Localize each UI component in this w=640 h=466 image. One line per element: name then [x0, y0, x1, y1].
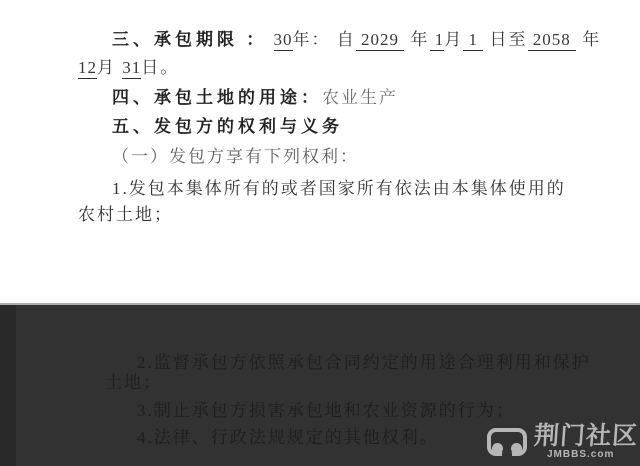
text-segment: 农业生产 [322, 88, 398, 107]
text-segment: 31 [122, 58, 141, 79]
text-segment: 年 [404, 30, 429, 49]
text-segment [267, 30, 273, 49]
text-segment: 1 [463, 30, 483, 51]
text-segment: 2029 [356, 30, 405, 51]
goggles-right-eye [511, 443, 522, 454]
text-line: 四、承包土地的用途：农业生产 [112, 88, 640, 108]
text-segment: 2.监督承包方依照承包合同约定的用途合理利用和保护 [137, 353, 591, 372]
text-segment: （一）发包方享有下列权利： [112, 147, 359, 166]
watermark-subtitle: JMBBS.com [534, 450, 638, 460]
text-line: 2.监督承包方依照承包合同约定的用途合理利用和保护 [137, 353, 640, 373]
text-segment: 年： [293, 30, 331, 49]
text-line: （一）发包方享有下列权利： [112, 147, 640, 167]
text-segment: 30 [274, 30, 293, 51]
text-segment: 4.法律、行政法规规定的其他权利。 [137, 428, 439, 447]
text-segment: 年 [576, 30, 601, 49]
text-segment: 农村土地； [78, 205, 173, 224]
text-segment: 12 [78, 58, 97, 79]
text-line: 土地； [105, 373, 640, 393]
watermark-title: 荆门社区 [533, 424, 639, 449]
text-segment: 月 [444, 30, 463, 49]
text-segment: 日。 [141, 58, 179, 77]
watermark-text: 荆门社区 JMBBS.com [534, 424, 638, 460]
text-segment: 3.制止承包方损害承包地和农业资源的行为； [137, 401, 515, 420]
text-line: 1.发包本集体所有的或者国家所有依法由本集体使用的 [112, 179, 640, 199]
text-segment: 1.发包本集体所有的或者国家所有依法由本集体使用的 [112, 179, 566, 198]
text-segment: 2058 [528, 30, 577, 51]
text-line: 五、发包方的权利与义务 [112, 117, 640, 137]
contract-dimmed-section: 2.监督承包方依照承包合同约定的用途合理利用和保护土地；3.制止承包方损害承包地… [0, 305, 640, 466]
text-line: 3.制止承包方损害承包地和农业资源的行为； [137, 401, 640, 421]
goggles-icon [487, 428, 527, 456]
left-edge-shadow [0, 305, 16, 466]
text-segment: ： [238, 30, 267, 49]
text-line: 12月 31日。 [78, 58, 640, 78]
text-segment: 五、发包方的权利与义务 [112, 117, 343, 136]
document-photo: 三、承包期限 ： 30年： 自 2029 年 1月 1 日至 2058 年12月… [0, 0, 640, 466]
text-segment: 四、承包土地的用途： [112, 88, 322, 107]
text-line: 三、承包期限 ： 30年： 自 2029 年 1月 1 日至 2058 年 [112, 30, 640, 50]
goggles-bridge [502, 450, 512, 456]
text-segment: 三、承包期限 [112, 30, 238, 49]
text-segment: 1 [430, 30, 445, 51]
text-segment: 日至 [483, 30, 527, 49]
watermark: 荆门社区 JMBBS.com [487, 424, 638, 460]
text-line: 农村土地； [78, 205, 640, 225]
text-segment: 土地； [105, 373, 162, 392]
contract-upper-section: 三、承包期限 ： 30年： 自 2029 年 1月 1 日至 2058 年12月… [0, 0, 640, 303]
text-segment: 自 [331, 30, 356, 49]
text-segment: 月 [97, 58, 116, 77]
